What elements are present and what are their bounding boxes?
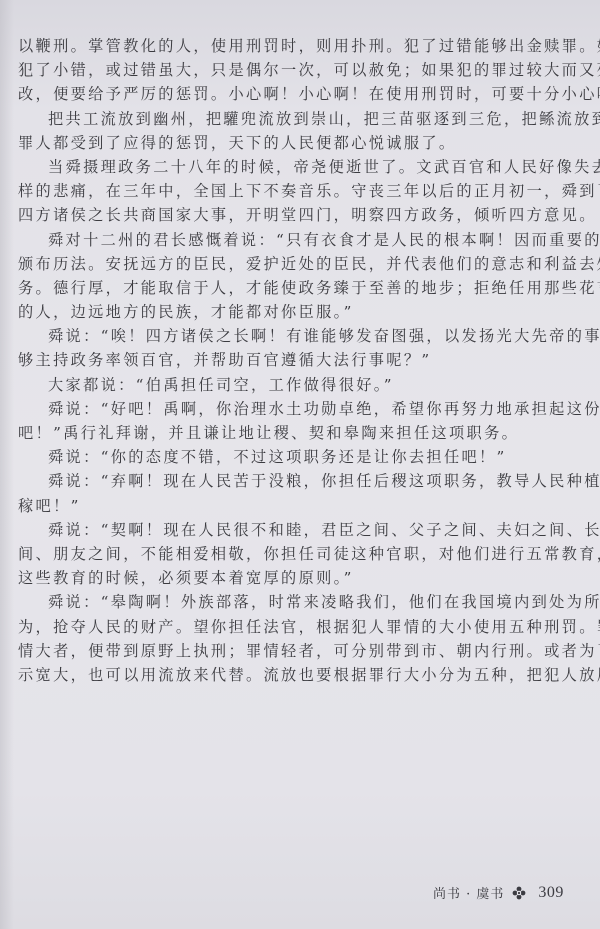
text-line: 改，便要给予严厉的惩罚。小心啊！小心啊！在使用刑罚时，可要十分小心啊！: [18, 82, 554, 106]
paragraph-start-line: 舜对十二州的君长感慨着说：“只有衣食才是人民的根本啊！因而重要的在于: [18, 228, 554, 252]
text-line: 的人，边远地方的民族，才能都对你臣服。”: [18, 300, 554, 324]
text-line: 样的悲痛，在三年中，全国上下不奏音乐。守丧三年以后的正月初一，舜到了文祖庙，和: [18, 179, 554, 203]
text-line: 情大者，便带到原野上执刑；罪情轻者，可分别带到市、朝内行刑。或者为了显: [18, 639, 554, 663]
paragraph-start-line: 舜说：“你的态度不错，不过这项职务还是让你去担任吧！”: [18, 445, 554, 469]
text-line: 为，抢夺人民的财产。望你担任法官，根据犯人罪情的大小使用五种刑罚。罪: [18, 615, 554, 639]
page-footer: 尚书 · 虞书 309: [433, 883, 564, 902]
text-line: 示宽大，也可以用流放来代替。流放也要根据罪行大小分为五种，把犯人放居: [18, 663, 554, 687]
text-line: 以鞭刑。掌管教化的人，使用刑罚时，则用扑刑。犯了过错能够出金赎罪。如果: [18, 34, 554, 58]
paragraph-start-line: 舜说：“弃啊！现在人民苦于没粮，你担任后稷这项职务，教导人民种植庄: [18, 469, 554, 493]
paragraph-start-line: 舜说：“唉！四方诸侯之长啊！有谁能够发奋图强，以发扬光大先帝的事业，能: [18, 324, 554, 348]
paragraph-start-line: 把共工流放到幽州，把驩兜流放到崇山，把三苗驱逐到三危，把鲧流放到羽山。: [18, 107, 554, 131]
body-text: 以鞭刑。掌管教化的人，使用刑罚时，则用扑刑。犯了过错能够出金赎罪。如果 犯了小错…: [18, 34, 554, 687]
text-line: 犯了小错，或过错虽大，只是偶尔一次，可以赦免；如果犯的罪过较大而又死不悔: [18, 58, 554, 82]
paragraph-start-line: 舜说：“好吧！禹啊，你治理水土功勋卓绝，希望你再努力地承担起这份责任: [18, 397, 554, 421]
text-line: 够主持政务率领百官，并帮助百官遵循大法行事呢？”: [18, 348, 554, 372]
text-line: 吧！”禹行礼拜谢，并且谦让地让稷、契和皋陶来担任这项职务。: [18, 421, 554, 445]
paragraph-start-line: 舜说：“皋陶啊！外族部落，时常来凌略我们，他们在我国境内到处为所欲: [18, 590, 554, 614]
running-title: 尚书 · 虞书: [433, 883, 504, 902]
paragraph-start-line: 舜说：“契啊！现在人民很不和睦，君臣之间、父子之间、夫妇之间、长幼之: [18, 518, 554, 542]
text-line: 罪人都受到了应得的惩罚，天下的人民便都心悦诚服了。: [18, 131, 554, 155]
text-line: 这些教育的时候，必须要本着宽厚的原则。”: [18, 566, 554, 590]
page-number: 309: [538, 884, 564, 902]
flower-ornament-icon: [512, 886, 526, 900]
paragraph-start-line: 当舜摄理政务二十八年的时候，帝尧便逝世了。文武百官和人民好像失去父母一: [18, 155, 554, 179]
paragraph-start-line: 大家都说：“伯禹担任司空，工作做得很好。”: [18, 373, 554, 397]
text-line: 四方诸侯之长共商国家大事，开明堂四门，明察四方政务，倾听四方意见。: [18, 203, 554, 227]
text-line: 务。德行厚，才能取信于人，才能使政务臻于至善的地步；拒绝任用那些花言巧语: [18, 276, 554, 300]
text-line: 颁布历法。安抚远方的臣民，爱护近处的臣民，并代表他们的意志和利益去处理政: [18, 252, 554, 276]
page-gutter-shadow: [0, 0, 14, 929]
text-line: 间、朋友之间，不能相爱相敬，你担任司徒这种官职，对他们进行五常教育，推行: [18, 542, 554, 566]
text-line: 稼吧！”: [18, 494, 554, 518]
